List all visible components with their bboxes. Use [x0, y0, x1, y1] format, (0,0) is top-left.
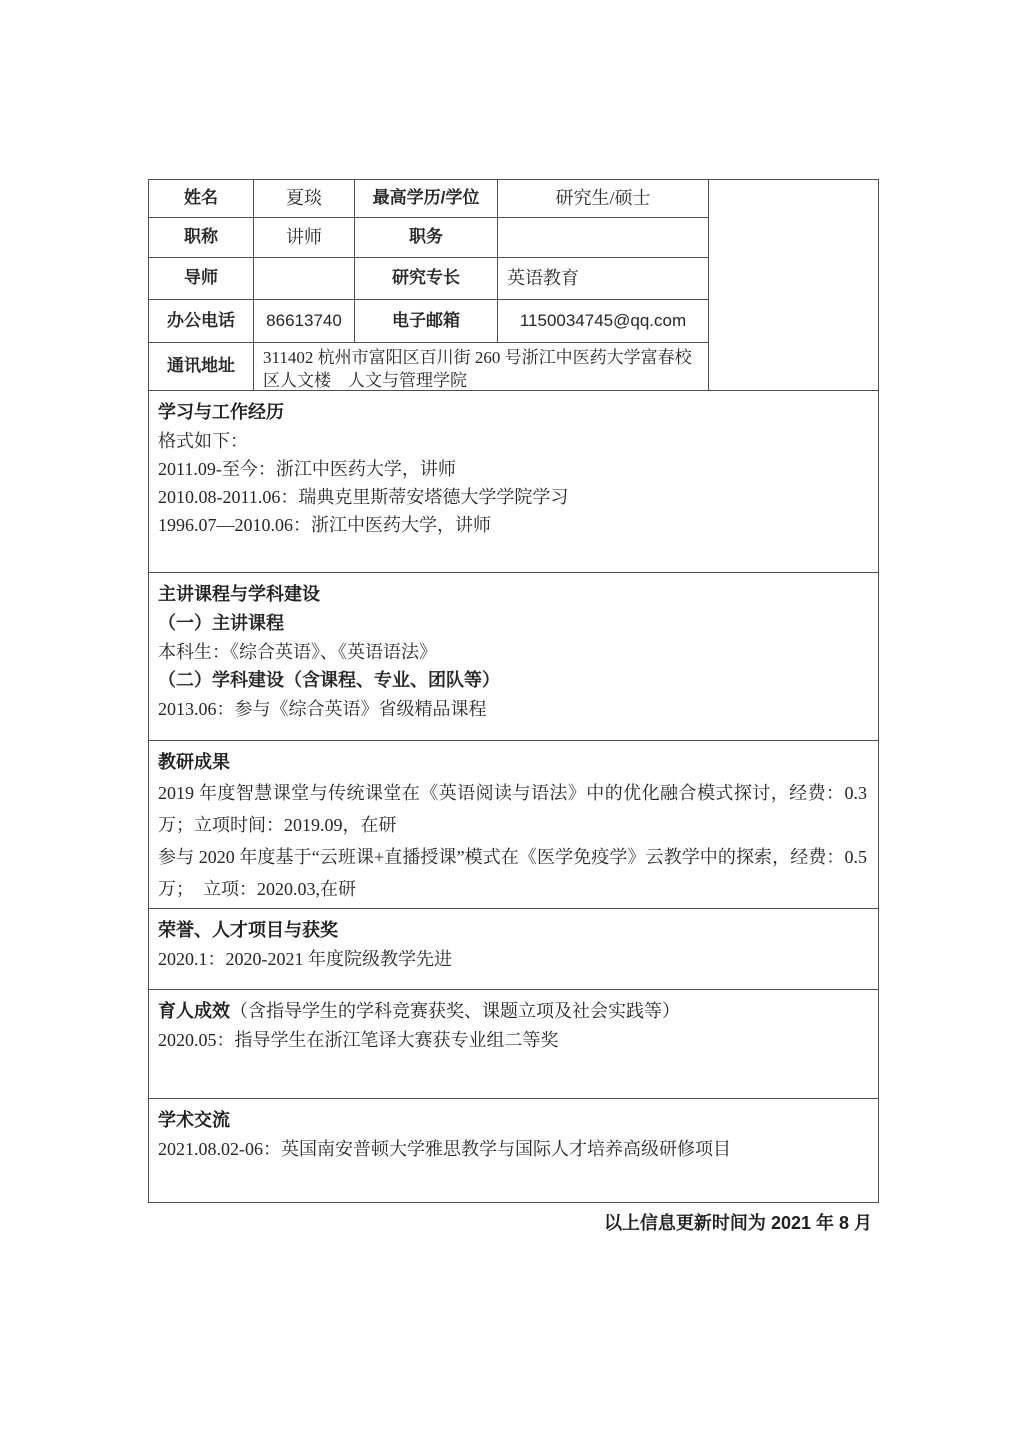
courses-subheading-1: （一）主讲课程 — [158, 609, 867, 638]
title-value: 讲师 — [254, 218, 355, 258]
experience-line: 2010.08-2011.06：瑞典克里斯蒂安塔德大学学院学习 — [158, 483, 867, 511]
section-outcomes-heading: 育人成效（含指导学生的学科竞赛获奖、课题立项及社会实践等） — [158, 997, 867, 1026]
section-outcomes: 育人成效（含指导学生的学科竞赛获奖、课题立项及社会实践等） 2020.05：指导… — [149, 990, 878, 1099]
section-research: 教研成果 2019 年度智慧课堂与传统课堂在《英语阅读与语法》中的优化融合模式探… — [149, 741, 878, 909]
section-experience-heading: 学习与工作经历 — [158, 398, 867, 427]
specialty-label: 研究专长 — [355, 258, 498, 300]
profile-table: 姓名 夏琰 最高学历/学位 研究生/硕士 职称 讲师 职务 导师 研究专长 英语… — [148, 179, 879, 1203]
office-phone-value: 86613740 — [254, 300, 355, 343]
degree-value: 研究生/硕士 — [498, 180, 709, 218]
research-line: 参与 2020 年度基于“云班课+直播授课”模式在《医学免疫学》云教学中的探索，… — [158, 841, 867, 905]
section-honors: 荣誉、人才项目与获奖 2020.1：2020-2021 年度院级教学先进 — [149, 909, 878, 990]
exchange-line: 2021.08.02-06：英国南安普顿大学雅思教学与国际人才培养高级研修项目 — [158, 1135, 867, 1163]
update-time-note: 以上信息更新时间为 2021 年 8 月 — [148, 1210, 879, 1236]
section-research-heading: 教研成果 — [158, 748, 867, 777]
section-experience: 学习与工作经历 格式如下： 2011.09-至今：浙江中医药大学，讲师 2010… — [149, 391, 878, 573]
name-label: 姓名 — [149, 180, 254, 218]
section-exchange-heading: 学术交流 — [158, 1106, 867, 1135]
title-label: 职称 — [149, 218, 254, 258]
office-phone-label: 办公电话 — [149, 300, 254, 343]
courses-line-2: 2013.06：参与《综合英语》省级精品课程 — [158, 695, 867, 723]
position-value — [498, 218, 709, 258]
address-value: 311402 杭州市富阳区百川街 260 号浙江中医药大学富春校区人文楼 人文与… — [254, 343, 709, 391]
honors-line: 2020.1：2020-2021 年度院级教学先进 — [158, 945, 867, 973]
degree-label: 最高学历/学位 — [355, 180, 498, 218]
specialty-value: 英语教育 — [498, 258, 709, 300]
section-courses-heading: 主讲课程与学科建设 — [158, 580, 867, 609]
photo-placeholder — [709, 180, 878, 391]
courses-line-1: 本科生：《综合英语》、《英语语法》 — [158, 638, 867, 666]
email-value: 1150034745@qq.com — [498, 300, 709, 343]
experience-line: 格式如下： — [158, 427, 867, 455]
research-line: 2019 年度智慧课堂与传统课堂在《英语阅读与语法》中的优化融合模式探讨，经费：… — [158, 777, 867, 841]
name-value: 夏琰 — [254, 180, 355, 218]
courses-subheading-2: （二）学科建设（含课程、专业、团队等） — [158, 666, 867, 695]
section-courses: 主讲课程与学科建设 （一）主讲课程 本科生：《综合英语》、《英语语法》 （二）学… — [149, 573, 878, 741]
experience-line: 2011.09-至今：浙江中医药大学，讲师 — [158, 455, 867, 483]
supervisor-label: 导师 — [149, 258, 254, 300]
address-label: 通讯地址 — [149, 343, 254, 391]
position-label: 职务 — [355, 218, 498, 258]
header-info-grid: 姓名 夏琰 最高学历/学位 研究生/硕士 职称 讲师 职务 导师 研究专长 英语… — [149, 180, 878, 391]
section-honors-heading: 荣誉、人才项目与获奖 — [158, 916, 867, 945]
supervisor-value — [254, 258, 355, 300]
section-exchange: 学术交流 2021.08.02-06：英国南安普顿大学雅思教学与国际人才培养高级… — [149, 1099, 878, 1202]
section-outcomes-title: 育人成效 — [158, 1001, 230, 1021]
section-outcomes-note: （含指导学生的学科竞赛获奖、课题立项及社会实践等） — [230, 1001, 680, 1021]
email-label: 电子邮箱 — [355, 300, 498, 343]
experience-line: 1996.07—2010.06：浙江中医药大学，讲师 — [158, 511, 867, 539]
document-page: 姓名 夏琰 最高学历/学位 研究生/硕士 职称 讲师 职务 导师 研究专长 英语… — [0, 0, 1024, 1448]
outcomes-line: 2020.05：指导学生在浙江笔译大赛获专业组二等奖 — [158, 1026, 867, 1054]
